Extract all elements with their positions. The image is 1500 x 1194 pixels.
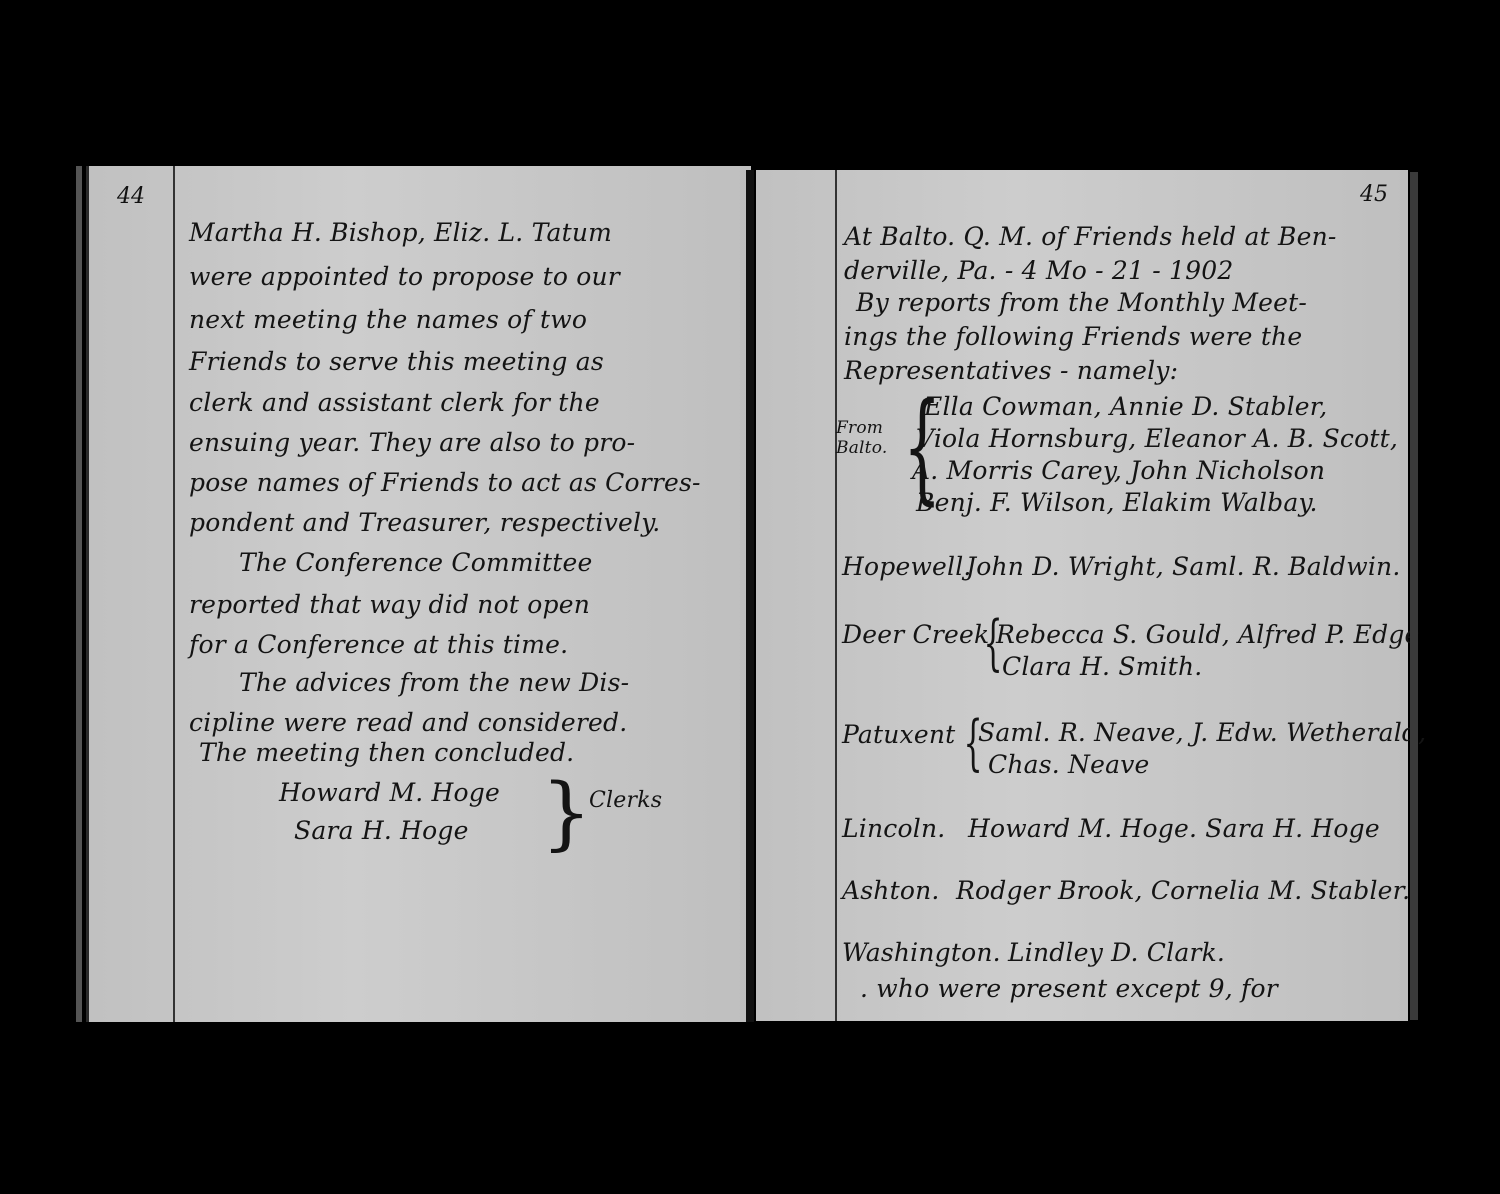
text-line: pose names of Friends to act as Corres-: [189, 468, 701, 497]
text-line: The meeting then concluded.: [199, 738, 574, 767]
text-line: Martha H. Bishop, Eliz. L. Tatum: [189, 218, 612, 247]
book-gutter: [746, 170, 754, 1022]
open-ledger-book: 44 Martha H. Bishop, Eliz. L. Tatum were…: [0, 0, 1500, 1194]
text-line: next meeting the names of two: [189, 305, 587, 334]
signature: Sara H. Hoge: [294, 816, 469, 845]
left-book-edge: [76, 166, 82, 1022]
representative-line: Chas. Neave: [988, 750, 1150, 779]
representative-line: Saml. R. Neave, J. Edw. Wetherald,: [978, 718, 1426, 747]
meeting-label: Patuxent: [842, 720, 955, 749]
page-number-left: 44: [117, 184, 145, 209]
heading-line: derville, Pa. - 4 Mo - 21 - 1902: [844, 256, 1233, 285]
meeting-label: Washington.: [842, 938, 1001, 967]
text-line: cipline were read and considered.: [189, 708, 627, 737]
meeting-label: Deer Creek: [842, 620, 989, 649]
right-margin-rule: [835, 170, 837, 1021]
representative-line: John D. Wright, Saml. R. Baldwin.: [966, 552, 1401, 581]
right-book-edge: [1410, 172, 1418, 1020]
text-line: ings the following Friends were the: [844, 322, 1302, 351]
signature-brace: }: [541, 766, 592, 859]
text-line: Representatives - namely:: [844, 356, 1178, 385]
representative-line: Ella Cowman, Annie D. Stabler,: [924, 392, 1327, 421]
representative-line: Lindley D. Clark.: [1008, 938, 1225, 967]
representative-line: Benj. F. Wilson, Elakim Walbay.: [916, 488, 1318, 517]
representative-line: Viola Hornsburg, Eleanor A. B. Scott,: [916, 424, 1398, 453]
signature-role: Clerks: [589, 788, 662, 813]
meeting-label: Ashton.: [842, 876, 940, 905]
closing-line: . who were present except 9, for: [860, 974, 1278, 1003]
left-margin-rule: [173, 166, 175, 1022]
representative-line: A. Morris Carey, John Nicholson: [912, 456, 1325, 485]
right-page: 45 At Balto. Q. M. of Friends held at Be…: [756, 170, 1408, 1021]
left-page: 44 Martha H. Bishop, Eliz. L. Tatum were…: [86, 166, 751, 1022]
meeting-label: Hopewell.: [842, 552, 972, 581]
heading-line: At Balto. Q. M. of Friends held at Ben-: [844, 222, 1337, 251]
text-line: for a Conference at this time.: [189, 630, 568, 659]
representative-line: Howard M. Hoge. Sara H. Hoge: [968, 814, 1380, 843]
page-number-right: 45: [1360, 182, 1388, 207]
text-line: The Conference Committee: [239, 548, 593, 577]
text-line: clerk and assistant clerk for the: [189, 388, 600, 417]
text-line: By reports from the Monthly Meet-: [856, 288, 1307, 317]
meeting-label: From: [836, 418, 883, 438]
meeting-label: Lincoln.: [842, 814, 945, 843]
text-line: The advices from the new Dis-: [239, 668, 629, 697]
representative-line: Clara H. Smith.: [1002, 652, 1202, 681]
text-line: ensuing year. They are also to pro-: [189, 428, 635, 457]
text-line: pondent and Treasurer, respectively.: [189, 508, 660, 537]
meeting-label: Balto.: [836, 438, 887, 458]
representative-line: Rodger Brook, Cornelia M. Stabler.: [956, 876, 1410, 905]
representative-line: Rebecca S. Gould, Alfred P. Edge: [996, 620, 1420, 649]
text-line: reported that way did not open: [189, 590, 590, 619]
text-line: were appointed to propose to our: [189, 262, 620, 291]
text-line: Friends to serve this meeting as: [189, 347, 604, 376]
signature: Howard M. Hoge: [279, 778, 500, 807]
